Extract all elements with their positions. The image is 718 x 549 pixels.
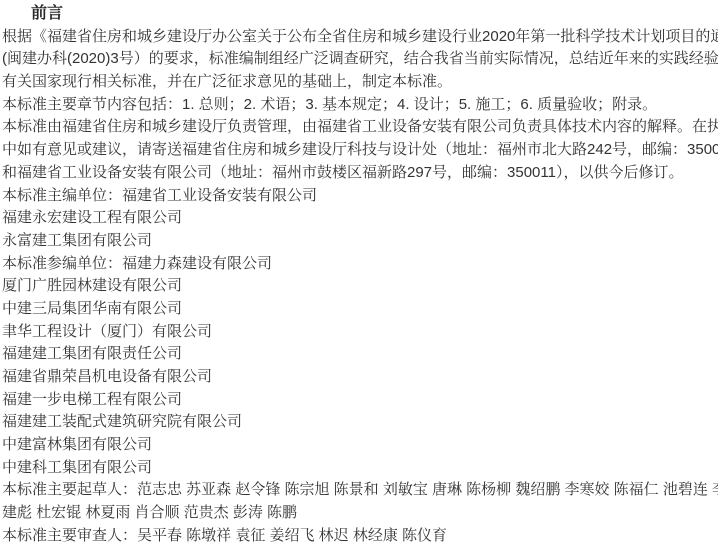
company-line: 福建建工装配式建筑研究院有限公司 bbox=[2, 411, 718, 434]
management-line-1: 本标准由福建省住房和城乡建设厅负责管理，由福建省工业设备安装有限公司负责具体技术… bbox=[2, 116, 718, 139]
management-line-3: 和福建省工业设备安装有限公司（地址：福州市鼓楼区福新路297号，邮编：35001… bbox=[2, 162, 718, 185]
drafters-line-1: 本标准主要起草人：范志忠 苏亚森 赵令锋 陈宗旭 陈景和 刘敏宝 唐琳 陈杨柳 … bbox=[2, 479, 718, 502]
company-line: 聿华工程设计（厦门）有限公司 bbox=[2, 321, 718, 344]
management-line-2: 中如有意见或建议，请寄送福建省住房和城乡建设厅科技与设计处（地址：福州市北大路2… bbox=[2, 139, 718, 162]
company-line: 福建建工集团有限责任公司 bbox=[2, 343, 718, 366]
preface-document: 前言 根据《福建省住房和城乡建设厅办公室关于公布全省住房和城乡建设行业2020年… bbox=[0, 0, 718, 548]
participating-unit-line: 本标准参编单位：福建力森建设有限公司 bbox=[2, 253, 718, 276]
reviewers-line: 本标准主要审查人：吴平春 陈墩祥 袁征 姜绍飞 林迟 林经康 陈仪育 bbox=[2, 525, 718, 548]
intro-line-2: (闽建办科(2020)3号）的要求，标准编制组经广泛调查研究，结合我省当前实际情… bbox=[2, 48, 718, 71]
document-title: 前言 bbox=[2, 3, 718, 26]
company-line: 中建富林集团有限公司 bbox=[2, 434, 718, 457]
company-line: 福建省鼎荣昌机电设备有限公司 bbox=[2, 366, 718, 389]
company-line: 福建一步电梯工程有限公司 bbox=[2, 389, 718, 412]
chapters-line: 本标准主要章节内容包括：1. 总则；2. 术语；3. 基本规定；4. 设计；5.… bbox=[2, 94, 718, 117]
company-line: 中建科工集团有限公司 bbox=[2, 457, 718, 480]
intro-line-1: 根据《福建省住房和城乡建设厅办公室关于公布全省住房和城乡建设行业2020年第一批… bbox=[2, 26, 718, 49]
drafters-line-2: 建彪 杜宏锟 林夏雨 肖合顺 范贵杰 彭涛 陈鹏 bbox=[2, 502, 718, 525]
company-line: 福建永宏建设工程有限公司 bbox=[2, 207, 718, 230]
intro-line-3: 有关国家现行相关标准，并在广泛征求意见的基础上，制定本标准。 bbox=[2, 71, 718, 94]
chief-editor-unit-line: 本标准主编单位：福建省工业设备安装有限公司 bbox=[2, 185, 718, 208]
company-line: 永富建工集团有限公司 bbox=[2, 230, 718, 253]
company-line: 中建三局集团华南有限公司 bbox=[2, 298, 718, 321]
company-line: 厦门广胜园林建设有限公司 bbox=[2, 275, 718, 298]
